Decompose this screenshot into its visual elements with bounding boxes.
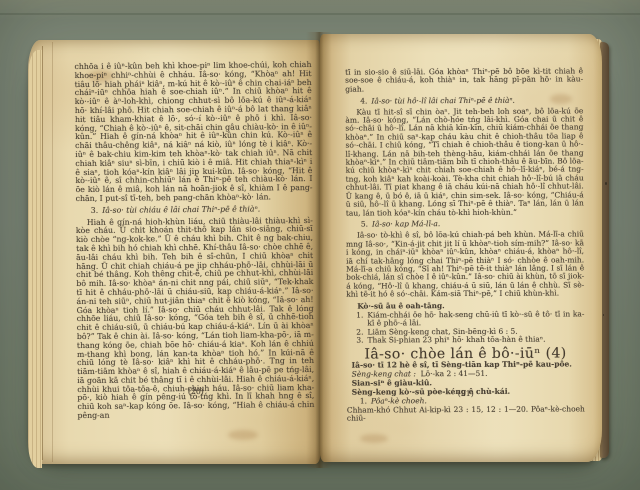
section-5-heading: 5.Iâ-so· kap Má-lī-a. bbox=[361, 220, 584, 230]
activity-number: 1. bbox=[350, 312, 363, 329]
page-edge-line bbox=[42, 46, 43, 460]
section-5-paragraph: Iâ-so· tò-khì ê sî, bô lōa-kú chiah-pá b… bbox=[346, 231, 584, 299]
right-page: tī in sio-sio ê siū-lāi. Góa khòaⁿ Thiⁿ-… bbox=[320, 34, 602, 462]
section-4-title: Iâ-so· tùi hô·-lî lâi chai Thiⁿ-pē ê thi… bbox=[371, 95, 515, 105]
left-page: chhōa i ê iûⁿ-kûn beh khì khoe-piⁿ lim k… bbox=[28, 40, 320, 464]
right-page-text: tī in sio-sio ê siū-lāi. Góa khòaⁿ Thiⁿ-… bbox=[345, 67, 585, 423]
lesson-point-body: Chham-khó Chhut Ai-kip-kì 23 : 15, 12 : … bbox=[347, 405, 585, 423]
section-4-heading: 4.Iâ-so· tùi hô·-lî lâi chai Thiⁿ-pē ê t… bbox=[360, 96, 583, 106]
foxing-spot bbox=[360, 434, 388, 443]
continued-paragraph: tī in sio-sio ê siū-lāi. Góa khòaⁿ Thiⁿ-… bbox=[345, 67, 583, 93]
right-page-number: (21) bbox=[347, 389, 585, 399]
scripture-reference: Lō·-ka 2 : 41—51. bbox=[421, 369, 488, 378]
activity-text: Thak Si-phian 23 phiⁿ hō· khah tōa-hàn ê… bbox=[367, 336, 545, 345]
photo-background: chhōa i ê iûⁿ-kûn beh khì khoe-piⁿ lim k… bbox=[0, 0, 640, 490]
continued-paragraph: chhōa i ê iûⁿ-kûn beh khì khoe-piⁿ lim k… bbox=[74, 61, 312, 204]
paper-speck bbox=[603, 314, 604, 316]
activity-number: 3. bbox=[350, 337, 363, 345]
section-3-heading: 3.Iâ-so· tùi chiáu ê lâi chai Thiⁿ-pē ê … bbox=[91, 205, 313, 216]
activity-item: 1. Kiám-chhái ōe hō· hak-seng chū-iû tī … bbox=[350, 310, 584, 328]
section-5-number: 5. bbox=[361, 220, 368, 229]
activity-text: Kiám-chhái ōe hō· hak-seng chū-iû tī kò·… bbox=[367, 310, 584, 328]
page-edge-stack-left bbox=[28, 50, 42, 468]
left-page-text: chhōa i ê iûⁿ-kûn beh khì khoe-piⁿ lim k… bbox=[74, 61, 314, 421]
paper-speck bbox=[605, 182, 607, 185]
next-lesson-title: Iâ-so· chòe lán ê bô·-iūⁿ (4) bbox=[347, 349, 585, 359]
foxing-spot bbox=[228, 430, 258, 440]
open-book: chhōa i ê iûⁿ-kûn beh khì khoe-piⁿ lim k… bbox=[24, 32, 610, 468]
activity-item: 3. Thak Si-phian 23 phiⁿ hō· khah tōa-hà… bbox=[350, 336, 584, 346]
section-4-paragraph: Kàu tī hit-sî sī chin òaⁿ. Jit teh-beh l… bbox=[345, 107, 584, 218]
section-5-title: Iâ-so· kap Má-lī-a. bbox=[372, 220, 440, 229]
page-edge-line bbox=[52, 42, 53, 462]
section-4-number: 4. bbox=[360, 96, 367, 105]
section-3-number: 3. bbox=[91, 206, 99, 215]
scripture-label: Sèng-keng chat : bbox=[352, 369, 416, 378]
section-3-title: Iâ-so· tùi chiáu ê lâi chai Thiⁿ-pē ê th… bbox=[102, 205, 260, 215]
